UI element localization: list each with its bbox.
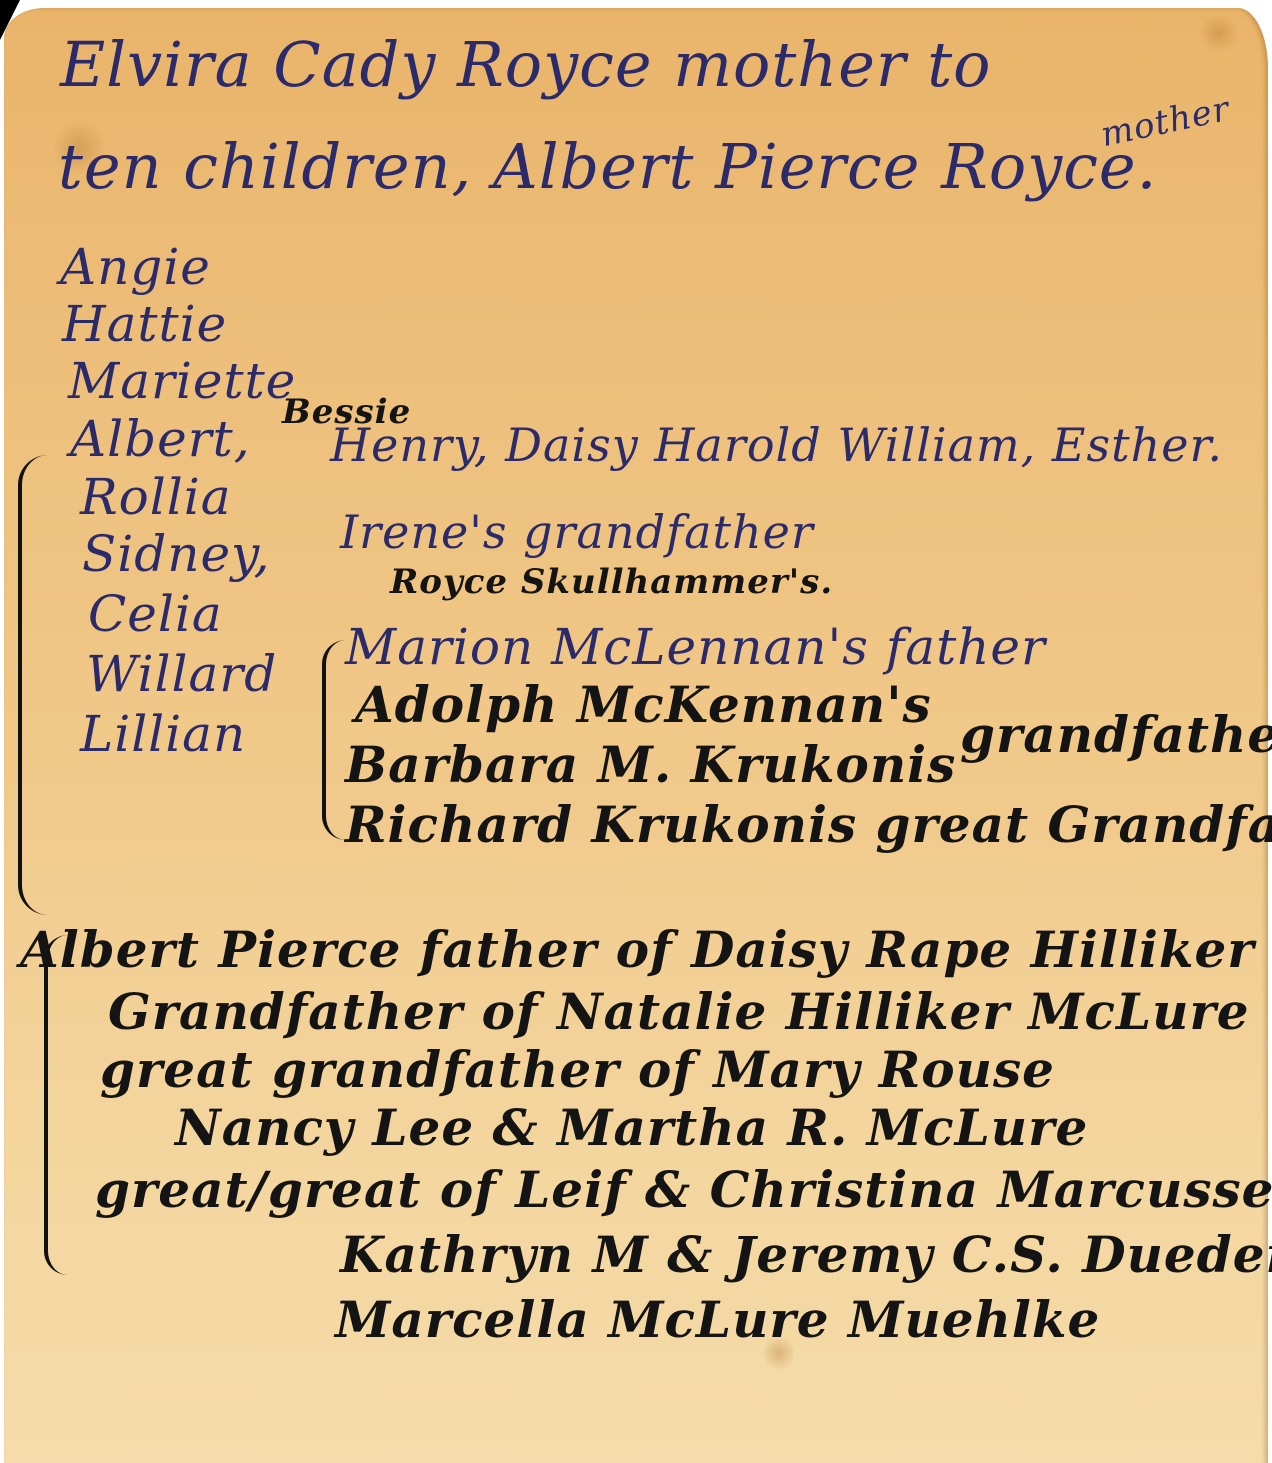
- descendant-line: Kathryn M & Jeremy C.S. Dueder: [340, 1225, 1272, 1284]
- child-name: Mariette: [68, 352, 296, 410]
- child-name: Hattie: [62, 295, 227, 353]
- child-name: Willard: [86, 645, 277, 703]
- descendant-line: Albert Pierce father of Daisy Rape Hilli…: [20, 920, 1255, 979]
- child-note: Henry, Daisy Harold William, Esther.: [330, 418, 1223, 472]
- descendant-line: Nancy Lee & Martha R. McLure: [175, 1098, 1088, 1157]
- descendant-line: great grandfather of Mary Rouse: [100, 1040, 1055, 1099]
- child-name: Celia: [88, 585, 223, 643]
- bracket-left: [18, 455, 62, 915]
- descendant-line: Barbara M. Krukonis: [345, 735, 956, 794]
- child-name: Angie: [60, 238, 211, 296]
- child-name: Sidney,: [82, 525, 271, 583]
- scan-corner: [0, 0, 20, 40]
- heading-line-2: ten children, Albert Pierce Royce.: [58, 130, 1157, 203]
- descendant-suffix: grandfather: [960, 705, 1272, 764]
- child-name: Albert,: [70, 410, 251, 468]
- descendant-line: great/great of Leif & Christina Marcusse…: [95, 1160, 1272, 1219]
- descendant-line: Grandfather of Natalie Hilliker McLure: [108, 982, 1250, 1041]
- heading-line-1: Elvira Cady Royce mother to: [60, 28, 991, 101]
- child-note: Irene's grandfather: [340, 505, 814, 559]
- child-name: Lillian: [80, 705, 246, 763]
- descendant-line: Richard Krukonis great Grandfather: [345, 795, 1272, 854]
- descendant-line: Adolph McKennan's: [355, 675, 932, 734]
- child-annotation: Royce Skullhammer's.: [390, 562, 833, 602]
- descendant-line: Marion McLennan's father: [345, 618, 1046, 676]
- bracket-albert: [44, 935, 68, 1275]
- paper-stain: [1199, 13, 1239, 53]
- child-name: Rollia: [80, 468, 232, 526]
- bracket-willard: [322, 640, 346, 840]
- descendant-line: Marcella McLure Muehlke: [335, 1290, 1100, 1349]
